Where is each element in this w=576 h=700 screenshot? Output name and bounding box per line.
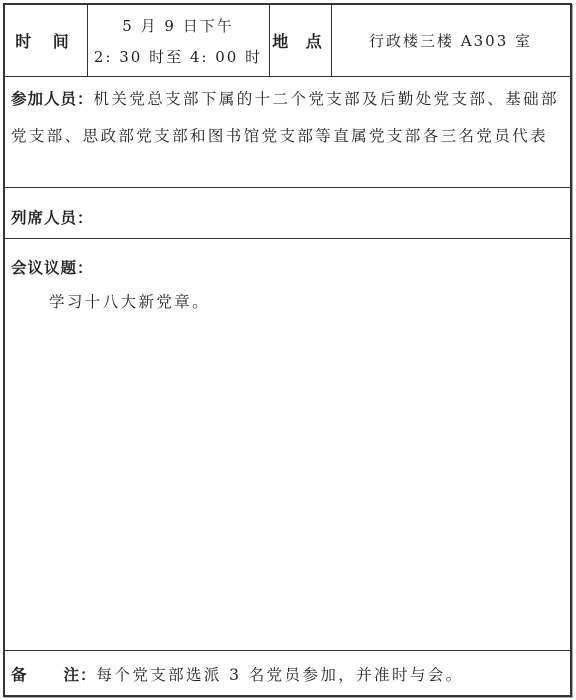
time-value: 5 月 9 日下午 2: 30 时至 4: 00 时	[87, 5, 269, 76]
remarks-section: 备注：每个党支部选派 3 名党员参加，并准时与会。	[11, 657, 566, 694]
agenda-section: 会议议题： 学习十八大新党章。	[11, 250, 566, 317]
observers-section: 列席人员：	[11, 200, 566, 237]
meeting-notice-table: 时 间 5 月 9 日下午 2: 30 时至 4: 00 时 地 点 行政楼三楼…	[3, 3, 572, 697]
row-divider	[5, 187, 570, 188]
row-divider	[5, 650, 570, 651]
agenda-item: 学习十八大新党章。	[11, 287, 566, 317]
row-divider	[5, 76, 570, 77]
attendees-value: 机关党总支部下属的十二个党支部及后勤处党支部、基础部党支部、思政部党支部和图书馆…	[11, 90, 559, 145]
location-label: 地 点	[269, 5, 331, 76]
location-value: 行政楼三楼 A303 室	[331, 5, 570, 76]
attendees-label: 参加人员：	[11, 90, 94, 108]
remarks-label-2: 注：	[64, 666, 97, 684]
remarks-label-1: 备	[11, 666, 28, 684]
attendees-section: 参加人员：机关党总支部下属的十二个党支部及后勤处党支部、基础部党支部、思政部党支…	[11, 81, 566, 155]
time-range: 2: 30 时至 4: 00 时	[94, 46, 262, 67]
row-divider	[5, 238, 570, 239]
agenda-label: 会议议题：	[11, 259, 94, 277]
time-date: 5 月 9 日下午	[94, 15, 262, 36]
observers-label: 列席人员：	[11, 209, 94, 227]
time-label: 时 间	[5, 5, 87, 76]
remarks-value: 每个党支部选派 3 名党员参加，并准时与会。	[97, 666, 464, 684]
